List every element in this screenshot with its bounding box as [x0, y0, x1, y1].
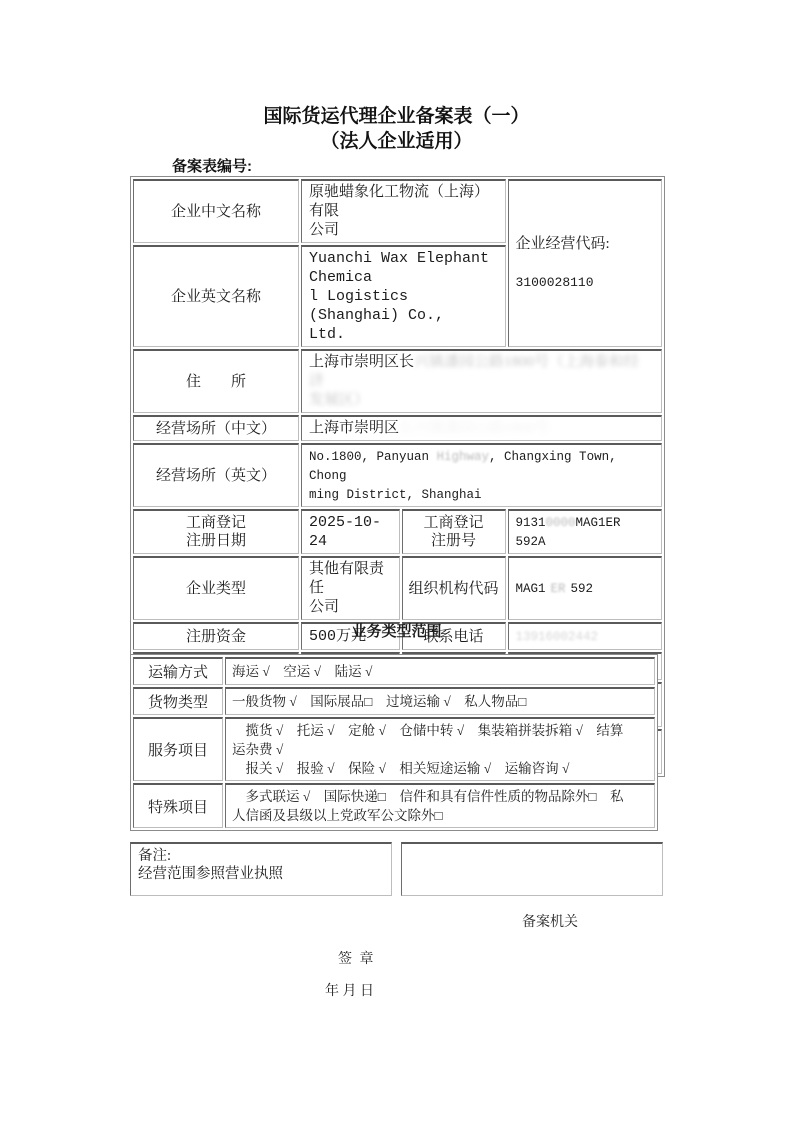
address-label: 住 所: [133, 349, 299, 413]
address-redacted-line2: 发展区）: [309, 392, 369, 408]
row-special-items: 特殊项目 多式联运 √ 国际快递□ 信件和具有信件性质的物品除外□ 私 人信函及…: [133, 783, 655, 828]
address-visible: 上海市崇明区长: [309, 354, 414, 370]
org-code-value: MAG1ER592: [508, 556, 662, 620]
special-items-label: 特殊项目: [133, 783, 223, 828]
date-line: 年 月 日: [325, 980, 374, 1000]
org-code-label: 组织机构代码: [402, 556, 506, 620]
ent-type-value: 其他有限责任 公司: [301, 556, 400, 620]
filing-form-page: 国际货运代理企业备案表（一） （法人企业适用） 备案表编号: 企业中文名称 原驰…: [0, 0, 793, 1123]
page-title: 国际货运代理企业备案表（一） （法人企业适用）: [0, 104, 793, 154]
form-number-label: 备案表编号:: [172, 155, 252, 176]
row-cn-name: 企业中文名称 原驰蜡象化工物流（上海）有限 公司 企业经营代码: 3100028…: [133, 179, 662, 243]
en-name-value: Yuanchi Wax Elephant Chemica l Logistics…: [301, 245, 506, 347]
reg-no-label: 工商登记 注册号: [402, 509, 506, 554]
business-scope-table: 运输方式 海运 √ 空运 √ 陆运 √ 货物类型 一般货物 √ 国际展品□ 过境…: [130, 654, 658, 831]
row-premise-cn: 经营场所（中文） 上海市崇明区长兴镇潘园公路1800号: [133, 415, 662, 441]
title-line-1: 国际货运代理企业备案表（一）: [0, 104, 793, 129]
business-code-label: 企业经营代码:: [516, 235, 654, 254]
transport-mode-label: 运输方式: [133, 657, 223, 685]
special-items-value: 多式联运 √ 国际快递□ 信件和具有信件性质的物品除外□ 私 人信函及县级以上党…: [225, 783, 655, 828]
business-scope-heading: 业务类型范围: [0, 620, 793, 641]
reg-date-value: 2025-10-24: [301, 509, 400, 554]
ent-type-label: 企业类型: [133, 556, 299, 620]
premise-cn-visible: 上海市崇明区: [309, 420, 399, 436]
org-code-post: 592: [571, 582, 594, 596]
premise-en-redacted: Highway: [437, 450, 490, 464]
premise-en-label: 经营场所（英文）: [133, 443, 299, 507]
service-items-label: 服务项目: [133, 717, 223, 781]
row-cargo-type: 货物类型 一般货物 √ 国际展品□ 过境运输 √ 私人物品□: [133, 687, 655, 715]
row-premise-en: 经营场所（英文） No.1800, Panyuan Highway, Chang…: [133, 443, 662, 507]
premise-cn-label: 经营场所（中文）: [133, 415, 299, 441]
premise-en-value: No.1800, Panyuan Highway, Changxing Town…: [301, 443, 662, 507]
remarks-section: 备注: 经营范围参照营业执照: [130, 842, 663, 896]
reg-date-label: 工商登记 注册日期: [133, 509, 299, 554]
row-type-orgcode: 企业类型 其他有限责任 公司 组织机构代码 MAG1ER592: [133, 556, 662, 620]
remarks-box: 备注: 经营范围参照营业执照: [130, 842, 392, 896]
premise-en-pre: No.1800, Panyuan: [309, 450, 437, 464]
seal-label: 签 章: [338, 948, 376, 968]
cn-name-value: 原驰蜡象化工物流（上海）有限 公司: [301, 179, 506, 243]
business-code-value: 3100028110: [516, 273, 654, 292]
row-registration: 工商登记 注册日期 2025-10-24 工商登记 注册号 91310000MA…: [133, 509, 662, 554]
en-name-label: 企业英文名称: [133, 245, 299, 347]
row-service-items: 服务项目 揽货 √ 托运 √ 定舱 √ 仓储中转 √ 集装箱拼装拆箱 √ 结算 …: [133, 717, 655, 781]
reg-no-redacted: 0000: [546, 516, 576, 530]
cargo-type-label: 货物类型: [133, 687, 223, 715]
filing-authority-label: 备案机关: [522, 911, 578, 931]
row-address: 住 所 上海市崇明区长兴镇潘园公路1800号（上海泰和经济发展区）: [133, 349, 662, 413]
premise-cn-value: 上海市崇明区长兴镇潘园公路1800号: [301, 415, 662, 441]
premise-cn-redacted: 长兴镇潘园公路1800号: [399, 420, 549, 436]
service-items-value: 揽货 √ 托运 √ 定舱 √ 仓储中转 √ 集装箱拼装拆箱 √ 结算 运杂费 √…: [225, 717, 655, 781]
address-value: 上海市崇明区长兴镇潘园公路1800号（上海泰和经济发展区）: [301, 349, 662, 413]
reg-no-value: 91310000MAG1ER 592A: [508, 509, 662, 554]
org-code-redacted: ER: [546, 582, 571, 596]
cn-name-label: 企业中文名称: [133, 179, 299, 243]
org-code-pre: MAG1: [516, 582, 546, 596]
empty-box: [401, 842, 663, 896]
transport-mode-value: 海运 √ 空运 √ 陆运 √: [225, 657, 655, 685]
business-code-cell: 企业经营代码: 3100028110: [508, 179, 662, 347]
title-line-2: （法人企业适用）: [0, 129, 793, 154]
reg-no-pre: 9131: [516, 516, 546, 530]
row-transport-mode: 运输方式 海运 √ 空运 √ 陆运 √: [133, 657, 655, 685]
cargo-type-value: 一般货物 √ 国际展品□ 过境运输 √ 私人物品□: [225, 687, 655, 715]
